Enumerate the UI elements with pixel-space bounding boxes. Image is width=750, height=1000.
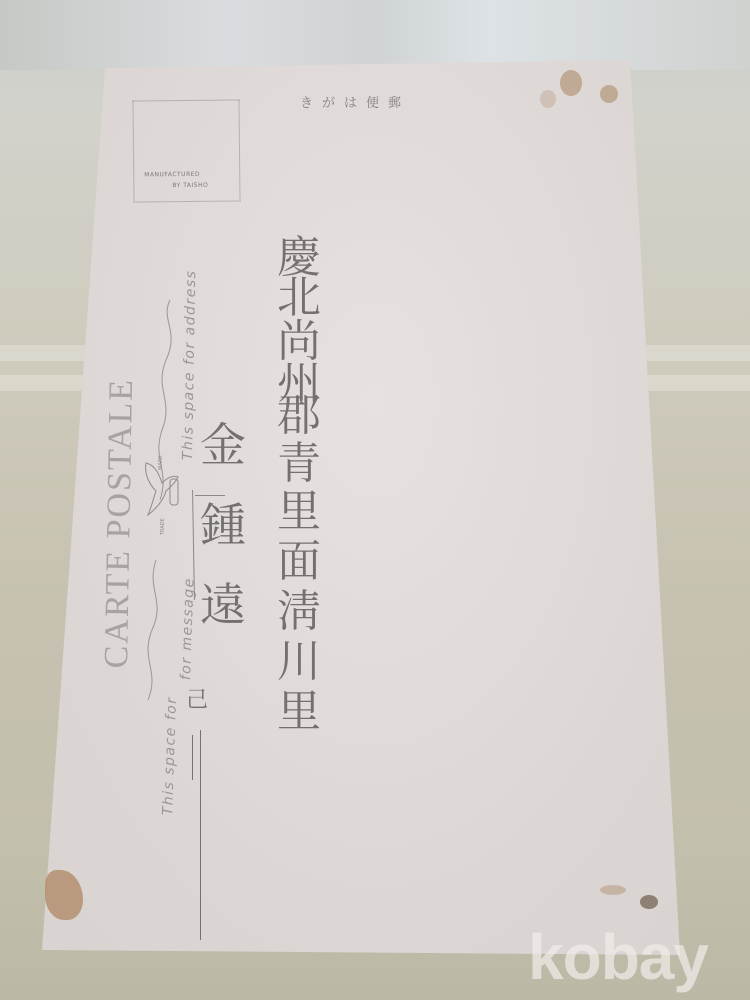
suffix-mark-handwriting: 己 (182, 688, 212, 714)
stain (600, 885, 626, 895)
trademark-mark-label: MARK (158, 456, 164, 471)
address-char: 郡 (272, 390, 326, 442)
address-handwriting: 慶 北 尚 州 郡 青 里 面 淸 川 里 (272, 232, 326, 738)
stain (640, 895, 658, 909)
address-char: 淸 (272, 586, 326, 638)
postcard-header-japanese: きがは便郵 (300, 92, 410, 111)
sender-char: 遠 (196, 565, 250, 645)
stain (540, 90, 556, 108)
address-char: 里 (272, 486, 326, 538)
stain (600, 85, 618, 103)
handwritten-line (200, 730, 201, 940)
kobay-watermark: kobay (528, 920, 708, 994)
stamp-text-line2: BY TAISHO (172, 182, 208, 189)
stamp-box: MANUFACTURED BY TAISHO (132, 99, 240, 202)
sender-name-handwriting: 金 鍾 遠 (196, 405, 250, 645)
stamp-text-line1: MANUFACTURED (144, 171, 200, 179)
address-char: 川 (272, 636, 326, 688)
stain (560, 70, 582, 96)
sender-char: 金 (196, 405, 250, 485)
address-char: 青 (272, 438, 326, 490)
sender-char: 鍾 (196, 485, 250, 565)
address-char: 面 (272, 536, 326, 588)
address-char: 里 (272, 686, 326, 738)
background-top (0, 0, 750, 70)
handwritten-line-short (192, 735, 193, 780)
trademark-trade-label: TRADE (160, 518, 166, 535)
